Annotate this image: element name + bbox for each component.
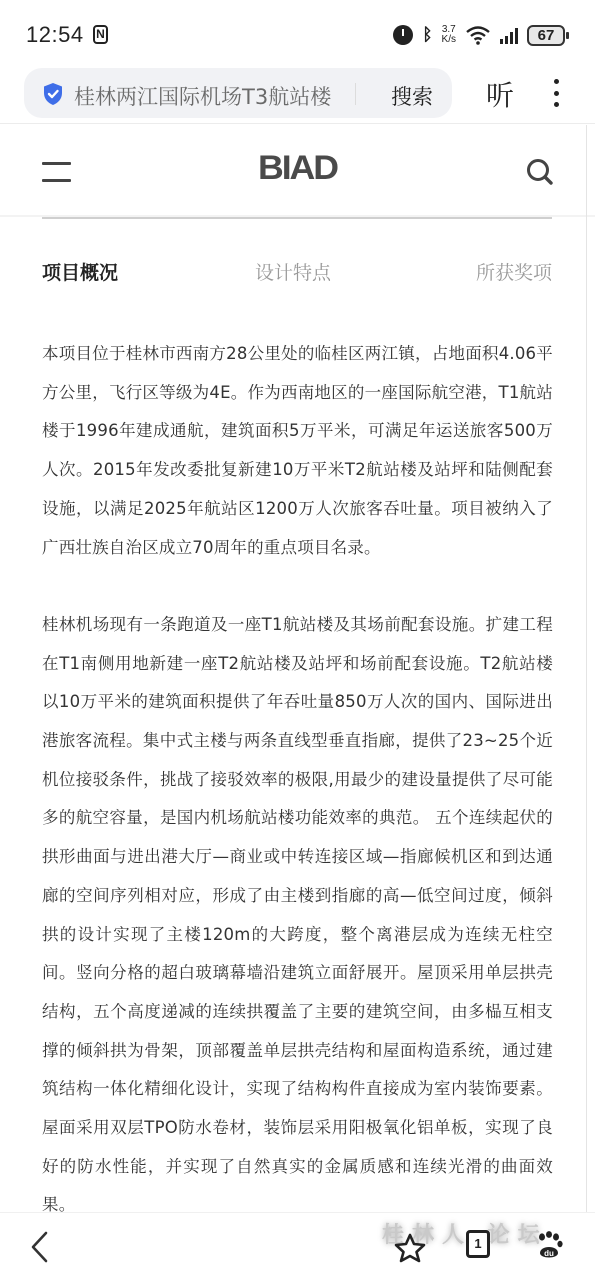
site-logo[interactable]: BIAD bbox=[0, 149, 595, 188]
address-divider bbox=[355, 83, 356, 105]
status-icons: ᛒ 3.7 K/s 67 bbox=[393, 22, 569, 48]
network-speed-unit: K/s bbox=[442, 34, 456, 45]
bottom-toolbar: 桂林人 论坛 1 du bbox=[0, 1212, 595, 1280]
site-header: BIAD bbox=[0, 125, 595, 215]
battery-level: 67 bbox=[527, 25, 565, 46]
search-button[interactable]: 搜索 bbox=[391, 81, 433, 111]
bluetooth-icon: ᛒ bbox=[422, 25, 432, 45]
tab-design-features[interactable]: 设计特点 bbox=[255, 258, 331, 285]
signal-icon bbox=[500, 26, 518, 44]
network-speed: 3.7 K/s bbox=[442, 25, 456, 45]
address-text[interactable]: 桂林两江国际机场T3航站楼 bbox=[74, 81, 331, 111]
alarm-icon bbox=[393, 25, 413, 45]
tab-awards[interactable]: 所获奖项 bbox=[476, 258, 552, 285]
article-content: 本项目位于桂林市西南方28公里处的临桂区两江镇，占地面积4.06平方公里，飞行区… bbox=[42, 300, 553, 1225]
status-bar: 12:54 N ᛒ 3.7 K/s 67 bbox=[0, 0, 595, 62]
browser-bar: 桂林两江国际机场T3航站楼 搜索 听 bbox=[0, 62, 595, 124]
listen-button[interactable]: 听 bbox=[486, 74, 514, 114]
header-divider bbox=[42, 217, 552, 219]
project-tabs: 项目概况 设计特点 所获奖项 bbox=[42, 258, 552, 288]
star-icon[interactable] bbox=[394, 1233, 426, 1263]
status-time: 12:54 bbox=[26, 22, 84, 48]
search-icon[interactable] bbox=[526, 158, 553, 185]
more-vertical-icon[interactable] bbox=[553, 79, 559, 107]
tab-project-overview[interactable]: 项目概况 bbox=[42, 258, 118, 285]
scrollbar[interactable] bbox=[586, 125, 587, 1215]
wifi-icon bbox=[465, 25, 491, 45]
shield-check-icon bbox=[42, 82, 64, 106]
battery-indicator: 67 bbox=[527, 25, 569, 46]
nfc-icon: N bbox=[93, 25, 108, 44]
tabs-icon[interactable]: 1 bbox=[466, 1230, 490, 1258]
paragraph-expansion: 桂林机场现有一条跑道及一座T1航站楼及其场前配套设施。扩建工程在T1南侧用地新建… bbox=[42, 606, 553, 1225]
address-bar[interactable]: 桂林两江国际机场T3航站楼 搜索 bbox=[24, 68, 452, 118]
back-icon[interactable] bbox=[30, 1231, 50, 1263]
paw-icon[interactable]: du bbox=[534, 1231, 564, 1261]
svg-text:du: du bbox=[544, 1249, 554, 1258]
paragraph-overview: 本项目位于桂林市西南方28公里处的临桂区两江镇，占地面积4.06平方公里，飞行区… bbox=[42, 300, 553, 567]
battery-tip bbox=[566, 32, 569, 39]
